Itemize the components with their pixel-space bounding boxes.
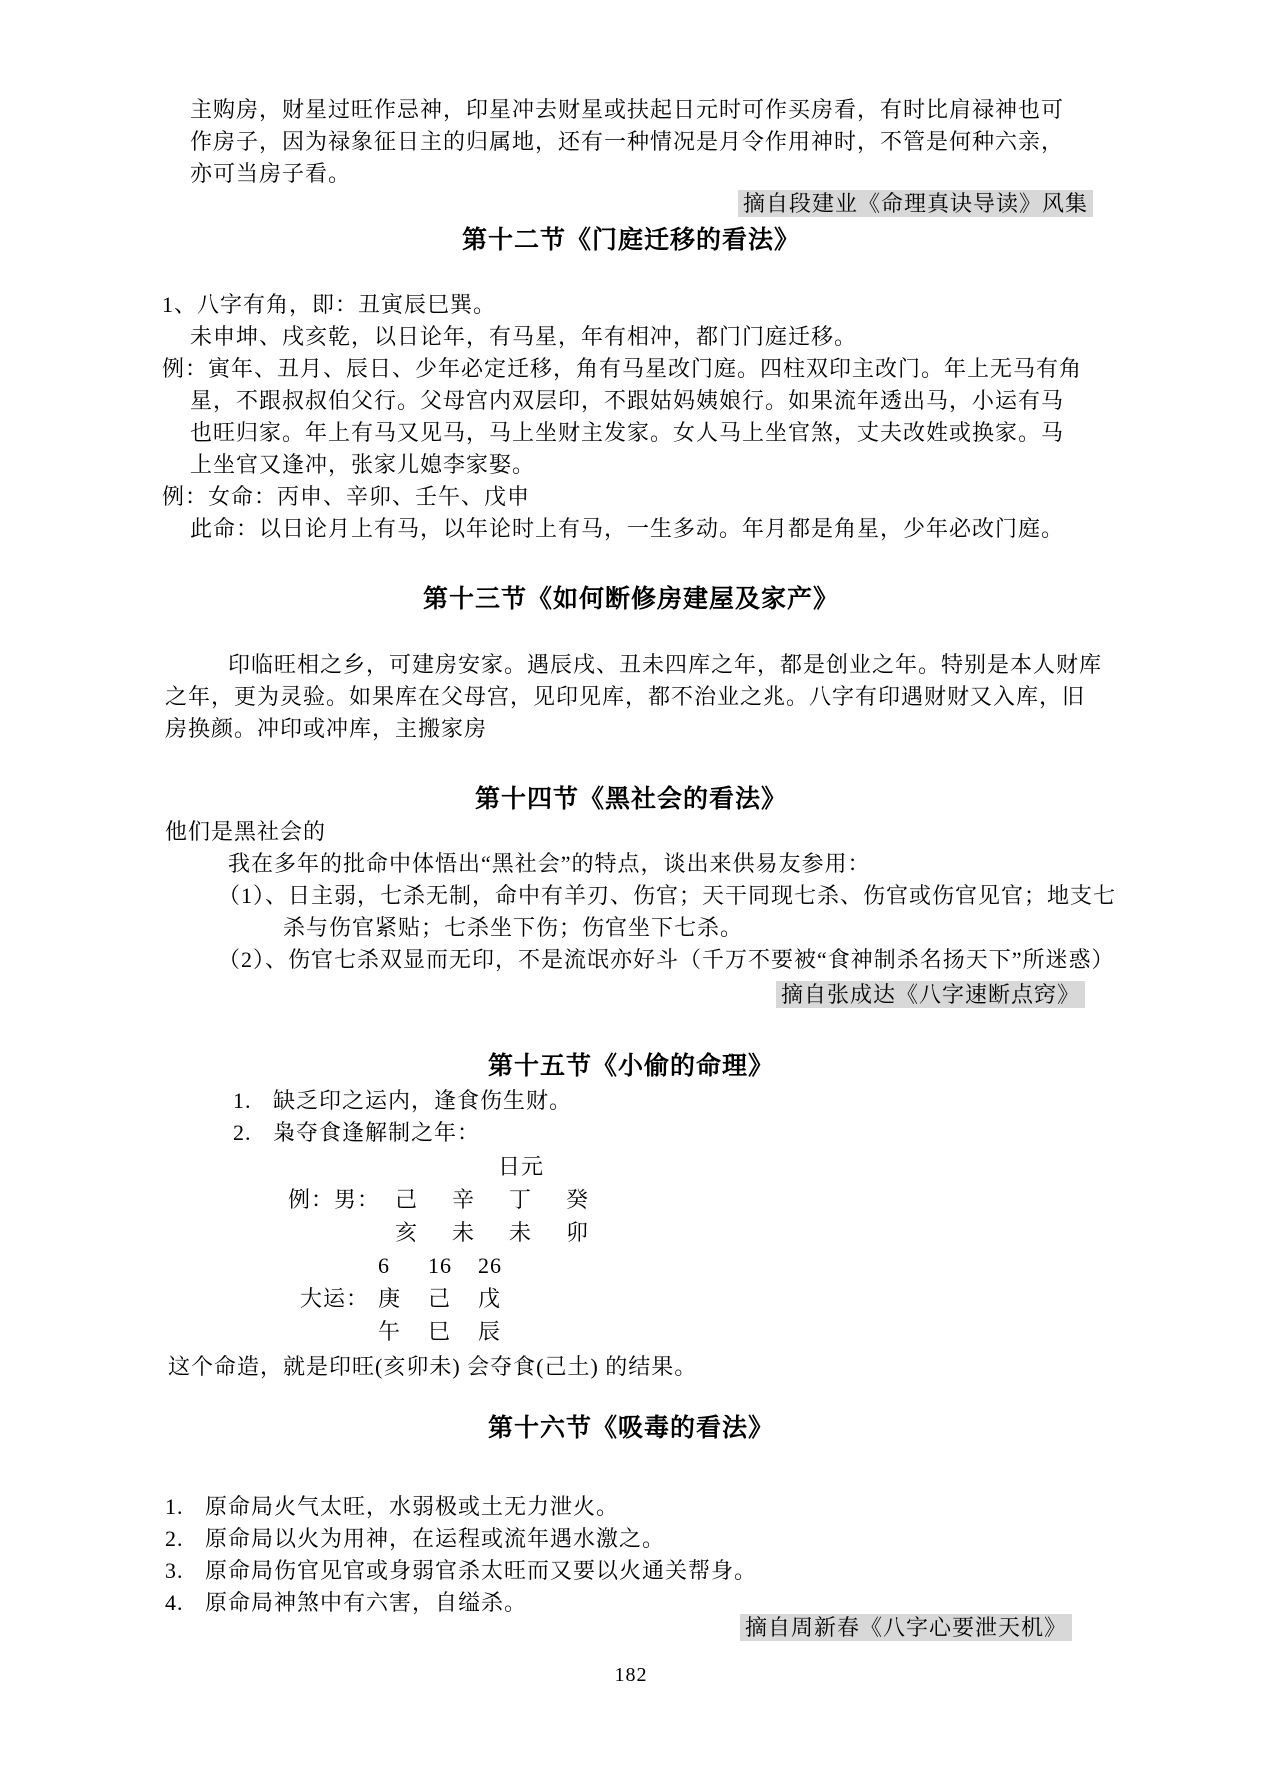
section-12-body: 1、八字有角，即：丑寅辰巳巽。未申坤、戌亥乾，以日论年，有马星，年有相冲，都门门… <box>0 290 1262 546</box>
section-13-heading: 第十三节《如何断修房建屋及家产》 <box>0 583 1262 615</box>
text-line: 房换颜。冲印或冲库，主搬家房 <box>0 714 1262 746</box>
section-16-heading: 第十六节《吸毒的看法》 <box>0 1412 1262 1444</box>
list-item: 1.缺乏印之运内，逢食伤生财。 <box>233 1086 1262 1118</box>
bazi-branches-cells: 亥未未卯 <box>0 1218 1262 1250</box>
text-line: 此命：以日论月上有马，以年论时上有马，一生多动。年月都是角星，少年必改门庭。 <box>0 514 1262 546</box>
text-line: 印临旺相之乡，可建房安家。遇辰戌、丑未四库之年，都是创业之年。特别是本人财库 <box>0 650 1262 682</box>
text-line: 之年，更为灵验。如果库在父母宫，见印见库，都不治业之兆。八字有印遇财财又入库，旧 <box>0 682 1262 714</box>
source-citation-section14: 摘自张成达《八字速断点窍》 <box>776 981 1085 1008</box>
list-item-text: 枭夺食逢解制之年： <box>273 1120 480 1145</box>
list-item-number: 3. <box>165 1556 205 1586</box>
bazi-stems-cells: 己辛丁癸 <box>0 1185 1262 1217</box>
bazi-cell: 亥 <box>395 1218 418 1248</box>
bazi-cell: 戊 <box>478 1284 501 1314</box>
text-line: （1）、日主弱，七杀无制，命中有羊刃、伤官；天干同现七杀、伤官或伤官见官；地支七 <box>0 881 1262 913</box>
source-citation-section16: 摘自周新春《八字心要泄天机》 <box>740 1614 1072 1641</box>
section-15-conclusion: 这个命造，就是印旺(亥卯未) 会夺食(己土) 的结果。 <box>0 1352 1262 1384</box>
bazi-cell: 未 <box>509 1218 532 1248</box>
list-item: 3.原命局伤官见官或身弱官杀太旺而又要以火通关帮身。 <box>165 1556 1262 1588</box>
bazi-cell: 丁 <box>509 1185 532 1215</box>
page-number: 182 <box>0 1662 1262 1688</box>
bazi-cell: 巳 <box>428 1317 451 1347</box>
list-item-number: 1. <box>165 1492 205 1522</box>
list-item: 2.枭夺食逢解制之年： <box>233 1118 1262 1150</box>
list-item-text: 原命局以火为用神，在运程或流年遇水激之。 <box>205 1526 665 1551</box>
list-item: 2.原命局以火为用神，在运程或流年遇水激之。 <box>165 1524 1262 1556</box>
text-line: 亦可当房子看。 <box>0 159 1262 191</box>
bazi-day-master-label: 日元 <box>498 1152 544 1182</box>
bazi-cell: 26 <box>478 1251 502 1281</box>
bazi-cell: 辰 <box>478 1317 501 1347</box>
bazi-luck-ages-cells: 61626 <box>0 1251 1262 1283</box>
bazi-cell: 庚 <box>378 1284 401 1314</box>
bazi-cell: 卯 <box>566 1218 589 1248</box>
text-line: （2）、伤官七杀双显而无印，不是流氓亦好斗（千万不要被“食神制杀名扬天下”所迷惑… <box>0 945 1262 977</box>
text-line: 例：女命：丙申、辛卯、壬午、戊申 <box>0 482 1262 514</box>
section-15-heading: 第十五节《小偷的命理》 <box>0 1050 1262 1082</box>
text-line: 他们是黑社会的 <box>0 817 1262 849</box>
text-line: 上坐官又逢冲，张家儿媳李家娶。 <box>0 450 1262 482</box>
source-citation-intro: 摘自段建业《命理真诀导读》风集 <box>738 190 1093 217</box>
document-page: 主购房，财星过旺作忌神，印星冲去财星或扶起日元时可作买房看，有时比肩禄神也可作房… <box>0 0 1262 1791</box>
bazi-cell: 癸 <box>566 1185 589 1215</box>
list-item-text: 原命局火气太旺，水弱极或土无力泄火。 <box>205 1494 619 1519</box>
list-item-number: 2. <box>165 1524 205 1554</box>
bazi-day-master-row: 日元 <box>0 1152 1262 1184</box>
bazi-cell: 未 <box>452 1218 475 1248</box>
text-line: 未申坤、戌亥乾，以日论年，有马星，年有相冲，都门门庭迁移。 <box>0 322 1262 354</box>
text-line: 我在多年的批命中体悟出“黑社会”的特点，谈出来供易友参用： <box>0 849 1262 881</box>
bazi-cell: 午 <box>378 1317 401 1347</box>
list-item-text: 原命局伤官见官或身弱官杀太旺而又要以火通关帮身。 <box>205 1558 757 1583</box>
bazi-cell: 16 <box>428 1251 452 1281</box>
list-item: 4.原命局神煞中有六害，自缢杀。 <box>165 1588 1262 1620</box>
bazi-luck-branches-cells: 午巳辰 <box>0 1317 1262 1349</box>
list-item-number: 4. <box>165 1588 205 1618</box>
list-item: 1.原命局火气太旺，水弱极或土无力泄火。 <box>165 1492 1262 1524</box>
list-item-number: 2. <box>233 1118 273 1148</box>
section-13-body: 印临旺相之乡，可建房安家。遇辰戌、丑未四库之年，都是创业之年。特别是本人财库之年… <box>0 650 1262 746</box>
text-line: 例：寅年、丑月、辰日、少年必定迁移，角有马星改门庭。四柱双印主改门。年上无马有角 <box>0 354 1262 386</box>
list-item-text: 原命局神煞中有六害，自缢杀。 <box>205 1590 527 1615</box>
section-15-list: 1.缺乏印之运内，逢食伤生财。2.枭夺食逢解制之年： <box>0 1086 1262 1150</box>
intro-paragraph: 主购房，财星过旺作忌神，印星冲去财星或扶起日元时可作买房看，有时比肩禄神也可作房… <box>0 95 1262 191</box>
text-line: 主购房，财星过旺作忌神，印星冲去财星或扶起日元时可作买房看，有时比肩禄神也可 <box>0 95 1262 127</box>
text-line: 作房子，因为禄象征日主的归属地，还有一种情况是月令作用神时，不管是何种六亲， <box>0 127 1262 159</box>
bazi-cell: 6 <box>378 1251 390 1281</box>
bazi-cell: 辛 <box>452 1185 475 1215</box>
text-line: 1、八字有角，即：丑寅辰巳巽。 <box>0 290 1262 322</box>
bazi-cell: 己 <box>395 1185 418 1215</box>
bazi-cell: 己 <box>428 1284 451 1314</box>
bazi-luck-stems-cells: 庚己戊 <box>0 1284 1262 1316</box>
section-16-list: 1.原命局火气太旺，水弱极或土无力泄火。2.原命局以火为用神，在运程或流年遇水激… <box>0 1492 1262 1620</box>
text-line: 杀与伤官紧贴；七杀坐下伤；伤官坐下七杀。 <box>0 913 1262 945</box>
section-12-heading: 第十二节《门庭迁移的看法》 <box>0 224 1262 256</box>
list-item-text: 缺乏印之运内，逢食伤生财。 <box>273 1088 572 1113</box>
list-item-number: 1. <box>233 1086 273 1116</box>
text-line: 星，不跟叔叔伯父行。父母宫内双层印，不跟姑妈姨娘行。如果流年透出马，小运有马 <box>0 386 1262 418</box>
section-14-heading: 第十四节《黑社会的看法》 <box>0 783 1262 815</box>
section-14-body: 他们是黑社会的我在多年的批命中体悟出“黑社会”的特点，谈出来供易友参用：（1）、… <box>0 817 1262 977</box>
text-line: 也旺归家。年上有马又见马，马上坐财主发家。女人马上坐官煞，丈夫改姓或换家。马 <box>0 418 1262 450</box>
